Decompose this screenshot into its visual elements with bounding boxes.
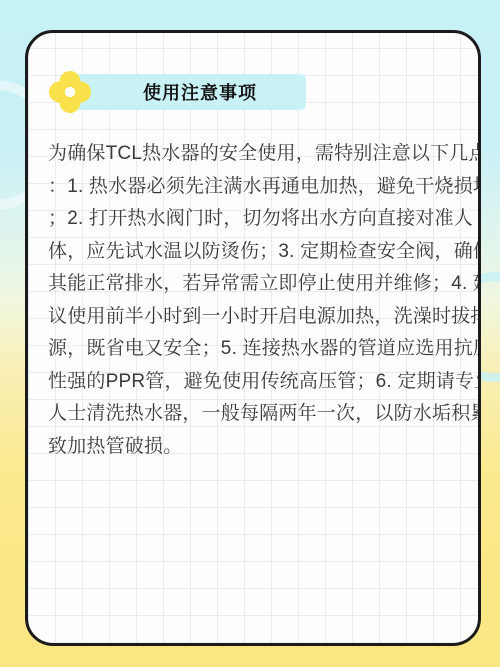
body-text-line: 议使用前半小时到一小时开启电源加热，洗澡时拔掉电: [48, 301, 466, 334]
body-text: 为确保TCL热水器的安全使用，需特别注意以下几点 ：1. 热水器必须先注满水再通…: [48, 138, 466, 463]
body-text-line: 源，既省电又安全；5. 连接热水器的管道应选用抗压: [48, 333, 466, 366]
card-header: 使用注意事项: [28, 33, 478, 128]
page-background: 使用注意事项 为确保TCL热水器的安全使用，需特别注意以下几点 ：1. 热水器必…: [0, 0, 500, 667]
body-text-line: 人士清洗热水器，一般每隔两年一次，以防水垢积累导: [48, 398, 466, 431]
clover-flower-icon: [47, 69, 93, 115]
clover-flower-svg: [47, 69, 93, 115]
body-text-line: 其能正常排水，若异常需立即停止使用并维修；4. 建: [48, 268, 466, 301]
body-text-line: ：1. 热水器必须先注满水再通电加热，避免干烧损坏: [48, 171, 466, 204]
body-text-line: 为确保TCL热水器的安全使用，需特别注意以下几点: [48, 138, 466, 171]
notice-card: 使用注意事项 为确保TCL热水器的安全使用，需特别注意以下几点 ：1. 热水器必…: [25, 30, 481, 646]
body-text-line: 性强的PPR管，避免使用传统高压管；6. 定期请专业: [48, 366, 466, 399]
title-banner: 使用注意事项: [60, 74, 306, 110]
page-title: 使用注意事项: [143, 79, 257, 105]
body-text-line: ；2. 打开热水阀门时，切勿将出水方向直接对准人: [48, 203, 466, 236]
body-text-line: 体，应先试水温以防烫伤；3. 定期检查安全阀，确保: [48, 236, 466, 269]
body-text-line: 致加热管破损。: [48, 431, 466, 464]
